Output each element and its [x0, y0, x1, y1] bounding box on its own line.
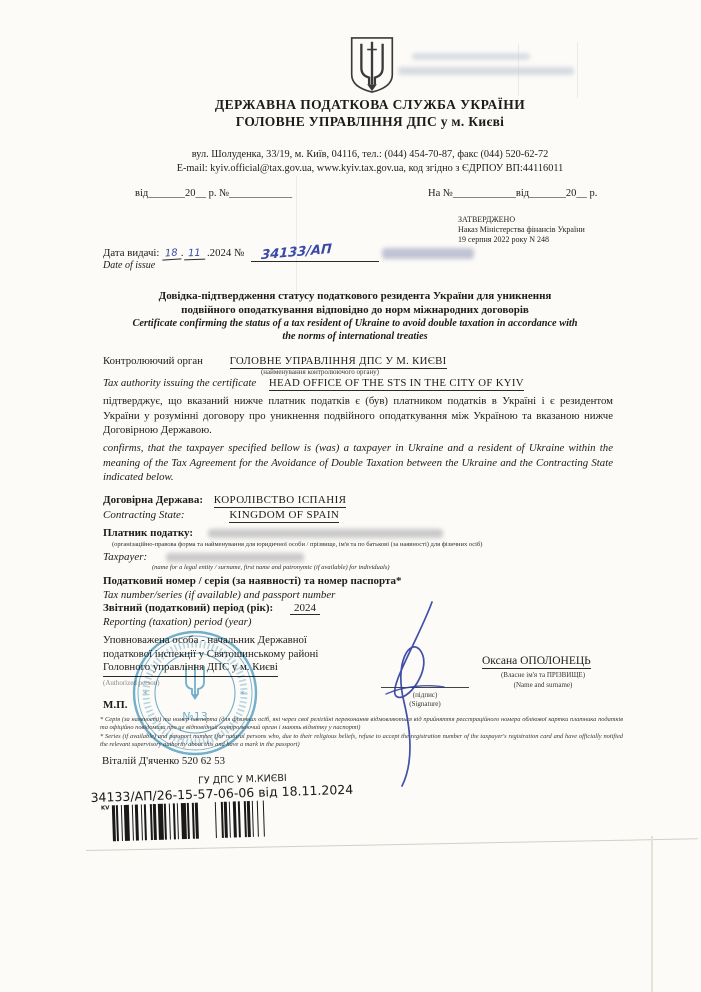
- tax-number-label-uk: Податковий номер / серія (за наявності) …: [103, 575, 402, 587]
- reporting-period-value: 2024: [290, 602, 320, 615]
- agency-address-line1: вул. Шолуденка, 33/19, м. Київ, 04116, т…: [90, 149, 650, 160]
- svg-text:*: *: [240, 690, 245, 700]
- handwritten-certificate-number: 34133/АП: [261, 242, 332, 263]
- barcode-kv-label: KV: [101, 805, 110, 811]
- official-name: Оксана ОПОЛОНЕЦЬ: [482, 655, 591, 669]
- agency-address-line2: E-mail: kyiv.official@tax.gov.ua, www.ky…: [90, 163, 650, 174]
- certificate-title-uk-line2: подвійного оподаткування відповідно до н…: [95, 304, 615, 316]
- redacted-taxpayer-name-en: [166, 553, 304, 562]
- approved-line2: Наказ Міністерства фінансів України: [458, 225, 585, 235]
- tax-number-label-en: Tax number/series (if available) and pas…: [103, 589, 335, 601]
- certificate-title-en-line1: Certificate confirming the status of a t…: [90, 318, 620, 329]
- authority-label-en: Tax authority issuing the certificate: [103, 377, 256, 389]
- footnote-en: * Series (if available) and passport num…: [100, 733, 623, 748]
- taxpayer-note-en: (name for a legal entity / surname, firs…: [152, 564, 572, 571]
- confirmation-paragraph-en: confirms, that the taxpayer specified be…: [103, 441, 613, 485]
- ukraine-trident-emblem-icon: [346, 36, 398, 99]
- contact-person: Віталій Д'яченко 520 62 53: [102, 755, 225, 767]
- redacted-taxpayer-name-uk: [208, 529, 443, 538]
- reporting-period-row: Звітний (податковий) період (рік): 2024: [103, 602, 320, 614]
- scan-fold-line-top-2: [577, 42, 578, 98]
- faded-received-stamp: [398, 53, 574, 75]
- official-name-note-en: (Name and surname): [478, 681, 608, 689]
- confirmation-paragraph-uk: підтверджує, що вказаний нижче платник п…: [103, 394, 613, 438]
- mp-seal-placeholder-label: М.П.: [103, 699, 127, 711]
- authority-row-en: Tax authority issuing the certificate HE…: [103, 377, 524, 389]
- official-name-note-uk: (Власне ім'я та ПРІЗВИЩЕ): [478, 671, 608, 679]
- approved-line1: ЗАТВЕРДЖЕНО: [458, 215, 585, 225]
- authority-note: (найменування контролюючого органу): [215, 368, 425, 376]
- date-of-issue-label-en: Date of issue: [103, 260, 155, 271]
- approved-block: ЗАТВЕРДЖЕНО Наказ Міністерства фінансів …: [458, 215, 585, 245]
- certificate-title-uk-line1: Довідка-підтвердження статусу податковог…: [95, 290, 615, 302]
- taxpayer-note-uk: (організаційно-правова форма та найменув…: [112, 541, 617, 548]
- contracting-state-label-uk: Договірна Держава:: [103, 494, 203, 506]
- footnote-uk: * Серія (за наявності) та номер паспорта…: [100, 716, 623, 731]
- approved-line3: 19 серпня 2022 року N 248: [458, 235, 585, 245]
- authority-label-uk: Контролюючий орган: [103, 355, 203, 367]
- authority-value-uk: ГОЛОВНЕ УПРАВЛІННЯ ДПС У М. КИЄВІ: [230, 355, 447, 369]
- page-edge-line: [651, 836, 653, 992]
- contracting-state-value-uk: КОРОЛІВСТВО ІСПАНІЯ: [214, 494, 347, 508]
- scan-fold-line-mid: [296, 176, 297, 298]
- svg-text:*: *: [143, 690, 148, 700]
- contracting-state-row-uk: Договірна Держава: КОРОЛІВСТВО ІСПАНІЯ: [103, 494, 346, 506]
- taxpayer-row-uk: Платник податку:: [103, 527, 443, 539]
- scanned-certificate-page: ДЕРЖАВНА ПОДАТКОВА СЛУЖБА УКРАЇНИ ГОЛОВН…: [0, 0, 701, 992]
- taxpayer-label-uk: Платник податку:: [103, 527, 193, 539]
- reporting-period-label-en: Reporting (taxation) period (year): [103, 616, 251, 628]
- authority-value-en: HEAD OFFICE OF THE STS IN THE CITY OF KY…: [269, 377, 524, 391]
- handwritten-day: 18: [162, 247, 182, 260]
- date-of-issue-row: Дата видачі: 18.11 .2024 № 34133/АП: [103, 245, 474, 262]
- authority-row-uk: Контролюючий орган ГОЛОВНЕ УПРАВЛІННЯ ДП…: [103, 355, 447, 367]
- printed-year: .2024 №: [207, 247, 244, 259]
- redacted-number-smudge: [382, 248, 474, 259]
- incoming-ref-blank: На №____________від_______20__ р.: [428, 188, 597, 199]
- date-of-issue-label: Дата видачі:: [103, 247, 159, 259]
- barcode-icon: [111, 800, 266, 842]
- certificate-number-slot: 34133/АП: [251, 245, 379, 262]
- handwritten-month: 11: [183, 248, 204, 261]
- agency-name-line1: ДЕРЖАВНА ПОДАТКОВА СЛУЖБА УКРАЇНИ: [110, 97, 630, 113]
- taxpayer-label-en: Taxpayer:: [103, 551, 147, 563]
- certificate-title-en-line2: the norms of international treaties: [90, 331, 620, 342]
- reporting-period-label-uk: Звітний (податковий) період (рік):: [103, 602, 273, 614]
- handwritten-signature: [352, 596, 472, 796]
- contracting-state-row-en: Contracting State: KINGDOM OF SPAIN: [103, 509, 339, 521]
- agency-name-line2: ГОЛОВНЕ УПРАВЛІННЯ ДПС у м. Києві: [110, 114, 630, 130]
- barcode-block: ГУ ДПС У М.КИЄВІ 34133/АП/26-15-57-06-06…: [90, 771, 355, 843]
- outgoing-ref-blank: від_______20__ р. №____________: [135, 188, 292, 199]
- contracting-state-label-en: Contracting State:: [103, 509, 185, 521]
- contracting-state-value-en: KINGDOM OF SPAIN: [229, 509, 339, 523]
- taxpayer-row-en: Taxpayer:: [103, 551, 304, 563]
